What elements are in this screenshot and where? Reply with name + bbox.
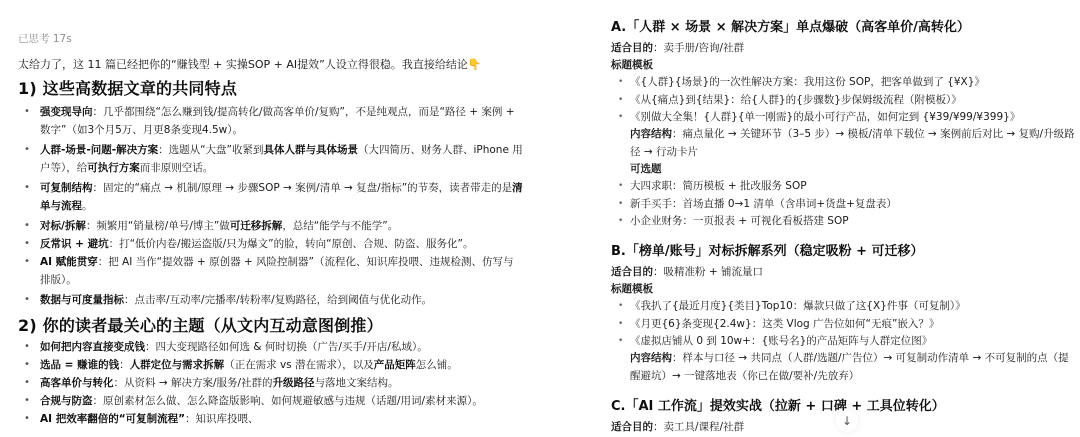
item-text: ：原创素材怎么做、怎么降盗版影响、如何规避敏感与违规（话题/用词/素材来源）。 bbox=[93, 395, 483, 407]
item-emphasis: 具体人群与具体场景 bbox=[263, 144, 358, 156]
list-item: 选品 = 赚谁的钱：人群定位与需求拆解（正在需求 vs 潜在需求），以及产品矩阵… bbox=[18, 356, 533, 374]
item-text: ：点击率/互动率/完播率/转粉率/复购路径，给到阈值与优化动作。 bbox=[124, 294, 432, 306]
purpose-label: 适合目的 bbox=[611, 421, 653, 433]
list-item: 可复制结构：固定的“痛点 → 机制/原理 → 步骤SOP → 案例/清单 → 复… bbox=[18, 179, 523, 215]
item-text: ：频繁用“销量榜/单号/博主”做 bbox=[86, 220, 230, 232]
topics-label: 可选题 bbox=[630, 163, 662, 175]
item-text: ：知识库投喂、 bbox=[185, 413, 259, 425]
purpose-text: ：卖手册/咨询/社群 bbox=[653, 42, 744, 54]
plan-a-structure: 内容结构：痛点量化 → 关键环节（3–5 步）→ 模板/清单下载位 → 案例前后… bbox=[630, 126, 1075, 161]
item-text: ：把 AI 当作“提效器 + 原创器 + 风险控制器”（流程化、知识库投喂、违规… bbox=[40, 256, 513, 286]
plan-b-templates-label: 标题模板 bbox=[611, 281, 653, 296]
item-key: 反常识 + 避坑 bbox=[40, 238, 109, 250]
item-emphasis: 升级路径 bbox=[273, 377, 315, 389]
thinking-duration-label[interactable]: 已思考 17s bbox=[18, 31, 72, 46]
structure-label: 内容结构 bbox=[630, 128, 672, 140]
plan-b-structure: 内容结构：样本与口径 → 共同点（人群/选题/广告位）→ 可复制动作清单 → 不… bbox=[630, 350, 1075, 385]
plan-a-purpose: 适合目的：卖手册/咨询/社群 bbox=[611, 40, 744, 55]
item-key: 合规与防盗 bbox=[40, 395, 93, 407]
item-key: 强变现导向 bbox=[40, 106, 93, 118]
intro-text: 太给力了，这 11 篇已经把你的“赚钱型 + 实操SOP + AI提效”人设立得… bbox=[18, 56, 482, 72]
templates-label: 标题模板 bbox=[611, 59, 653, 71]
templates-label: 标题模板 bbox=[611, 283, 653, 295]
purpose-text: ：卖工具/课程/社群 bbox=[653, 421, 744, 433]
item-text: 与落地文案结构。 bbox=[315, 377, 399, 389]
item-key: 对标/拆解 bbox=[40, 220, 86, 232]
list-item: AI 把效率翻倍的“可复制流程”：知识库投喂、 bbox=[18, 410, 533, 428]
list-item: 人群-场景-问题-解决方案：选题从“大盘”收紧到具体人群与具体场景（大四简历、财… bbox=[18, 141, 523, 177]
purpose-text: ：吸精准粉 + 铺流量口 bbox=[653, 266, 763, 278]
plan-a-topics: 大四求职：简历模板 + 批改服务 SOP 新手买手：首场直播 0→1 清单（含串… bbox=[611, 178, 1071, 231]
intro-sentence: 太给力了，这 11 篇已经把你的“赚钱型 + 实操SOP + AI提效”人设立得… bbox=[18, 58, 468, 71]
list-item: 新手买手：首场直播 0→1 清单（含串词+货盘+复盘表） bbox=[611, 196, 1071, 214]
plan-b-templates: 《我扒了{最近月度}{类目}Top10：爆款只做了这{X}件事（可复制）》 《月… bbox=[611, 298, 1071, 351]
item-text: 。 bbox=[82, 200, 93, 212]
list-item: 《别做大全集！{人群}{单一刚需}的最小可行产品，如何定到 {¥39/¥99/¥… bbox=[611, 109, 1071, 127]
plan-b-purpose: 适合目的：吸精准粉 + 铺流量口 bbox=[611, 264, 763, 279]
item-key: 选品 = 赚谁的钱 bbox=[40, 359, 119, 371]
item-emphasis: 人群定位与需求拆解 bbox=[130, 359, 225, 371]
item-emphasis: 可迁移拆解 bbox=[230, 220, 283, 232]
list-item: 大四求职：简历模板 + 批改服务 SOP bbox=[611, 178, 1071, 196]
item-text: ：选题从“大盘”收紧到 bbox=[158, 144, 263, 156]
item-text: ：四大变现路径如何选 & 何时切换（广告/买手/开店/私域）。 bbox=[145, 341, 428, 353]
section2-list: 如何把内容直接变成钱：四大变现路径如何选 & 何时切换（广告/买手/开店/私域）… bbox=[18, 338, 533, 428]
item-text: ：固定的“痛点 → 机制/原理 → 步骤SOP → 案例/清单 → 复盘/指标”… bbox=[93, 182, 513, 194]
item-key: 人群-场景-问题-解决方案 bbox=[40, 144, 158, 156]
item-key: AI 赋能贯穿 bbox=[40, 256, 98, 268]
list-item: 《{人群}{场景}的一次性解决方案：我用这份 SOP，把客单做到了 {¥X}》 bbox=[611, 74, 1071, 92]
list-item: 小企业财务：一页报表 + 可视化看板搭建 SOP bbox=[611, 213, 1071, 231]
plan-c-purpose: 适合目的：卖工具/课程/社群 bbox=[611, 419, 744, 434]
item-text: 怎么铺。 bbox=[416, 359, 458, 371]
pointing-down-icon: 👇 bbox=[468, 58, 482, 71]
plan-b-title: B.「榜单/账号」对标拆解系列（稳定吸粉 + 可迁移） bbox=[611, 240, 924, 259]
item-text: ，总结“能学与不能学”。 bbox=[282, 220, 398, 232]
plan-c-title: C.「AI 工作流」提效实战（拉新 + 口碑 + 工具位转化） bbox=[611, 395, 945, 414]
list-item: 《从{痛点}到{结果}：给{人群}的{步骤数}步保姆级流程（附模板）》 bbox=[611, 92, 1071, 110]
list-item: AI 赋能贯穿：把 AI 当作“提效器 + 原创器 + 风险控制器”（流程化、知… bbox=[18, 253, 523, 289]
plan-a-title: A.「人群 × 场景 × 解决方案」单点爆破（高客单价/高转化） bbox=[611, 16, 970, 35]
list-item: 数据与可度量指标：点击率/互动率/完播率/转粉率/复购路径，给到阈值与优化动作。 bbox=[18, 291, 523, 309]
section2-title: 2) 你的读者最关心的主题（从文内互动意图倒推） bbox=[18, 313, 383, 336]
item-key: 如何把内容直接变成钱 bbox=[40, 341, 145, 353]
structure-text: ：样本与口径 → 共同点（人群/选题/广告位）→ 可复制动作清单 → 不可复制的… bbox=[630, 352, 1069, 382]
plan-a-templates: 《{人群}{场景}的一次性解决方案：我用这份 SOP，把客单做到了 {¥X}》 … bbox=[611, 74, 1071, 127]
list-item: 《月更{6}条变现{2.4w}：这类 Vlog 广告位如何“无痕”嵌入？》 bbox=[611, 316, 1071, 334]
section1-list: 强变现导向：几乎都围绕“怎么赚到钱/提高转化/做高客单价/复购”，不是纯观点，而… bbox=[18, 103, 523, 309]
item-key: 可复制结构 bbox=[40, 182, 93, 194]
item-emphasis: 可执行方案 bbox=[87, 162, 140, 174]
item-key: 高客单价与转化 bbox=[40, 377, 114, 389]
item-text: 而非原则空话。 bbox=[140, 162, 214, 174]
section1-title: 1) 这些高数据文章的共同特点 bbox=[18, 76, 237, 99]
arrow-down-icon: ↓ bbox=[842, 414, 852, 428]
structure-text: ：痛点量化 → 关键环节（3–5 步）→ 模板/清单下载位 → 案例前后对比 →… bbox=[630, 128, 1075, 158]
item-text: ：打“低价内卷/搬运盗版/只为爆文”的脸，转向“原创、合规、防盗、服务化”。 bbox=[109, 238, 474, 250]
item-text: ： bbox=[119, 359, 130, 371]
list-item: 《虚拟店铺从 0 到 10w+：{账号名}的产品矩阵与人群定位图》 bbox=[611, 333, 1071, 351]
plan-a-topics-label: 可选题 bbox=[630, 161, 1075, 179]
list-item: 合规与防盗：原创素材怎么做、怎么降盗版影响、如何规避敏感与违规（话题/用词/素材… bbox=[18, 392, 533, 410]
item-text: ：从资料 → 解决方案/服务/社群的 bbox=[114, 377, 273, 389]
list-item: 对标/拆解：频繁用“销量榜/单号/博主”做可迁移拆解，总结“能学与不能学”。 bbox=[18, 217, 523, 235]
purpose-label: 适合目的 bbox=[611, 42, 653, 54]
item-emphasis: 产品矩阵 bbox=[374, 359, 416, 371]
list-item: 《我扒了{最近月度}{类目}Top10：爆款只做了这{X}件事（可复制）》 bbox=[611, 298, 1071, 316]
item-key: 数据与可度量指标 bbox=[40, 294, 124, 306]
item-key: AI 把效率翻倍的“可复制流程” bbox=[40, 413, 185, 425]
scroll-to-bottom-button[interactable]: ↓ bbox=[836, 410, 858, 432]
purpose-label: 适合目的 bbox=[611, 266, 653, 278]
item-text: （正在需求 vs 潜在需求），以及 bbox=[224, 359, 374, 371]
structure-label: 内容结构 bbox=[630, 352, 672, 364]
item-text: ：几乎都围绕“怎么赚到钱/提高转化/做高客单价/复购”，不是纯观点，而是“路径 … bbox=[40, 106, 515, 136]
list-item: 如何把内容直接变成钱：四大变现路径如何选 & 何时切换（广告/买手/开店/私域）… bbox=[18, 338, 533, 356]
list-item: 反常识 + 避坑：打“低价内卷/搬运盗版/只为爆文”的脸，转向“原创、合规、防盗… bbox=[18, 235, 523, 253]
list-item: 强变现导向：几乎都围绕“怎么赚到钱/提高转化/做高客单价/复购”，不是纯观点，而… bbox=[18, 103, 523, 139]
plan-a-templates-label: 标题模板 bbox=[611, 57, 653, 72]
list-item: 高客单价与转化：从资料 → 解决方案/服务/社群的升级路径与落地文案结构。 bbox=[18, 374, 533, 392]
